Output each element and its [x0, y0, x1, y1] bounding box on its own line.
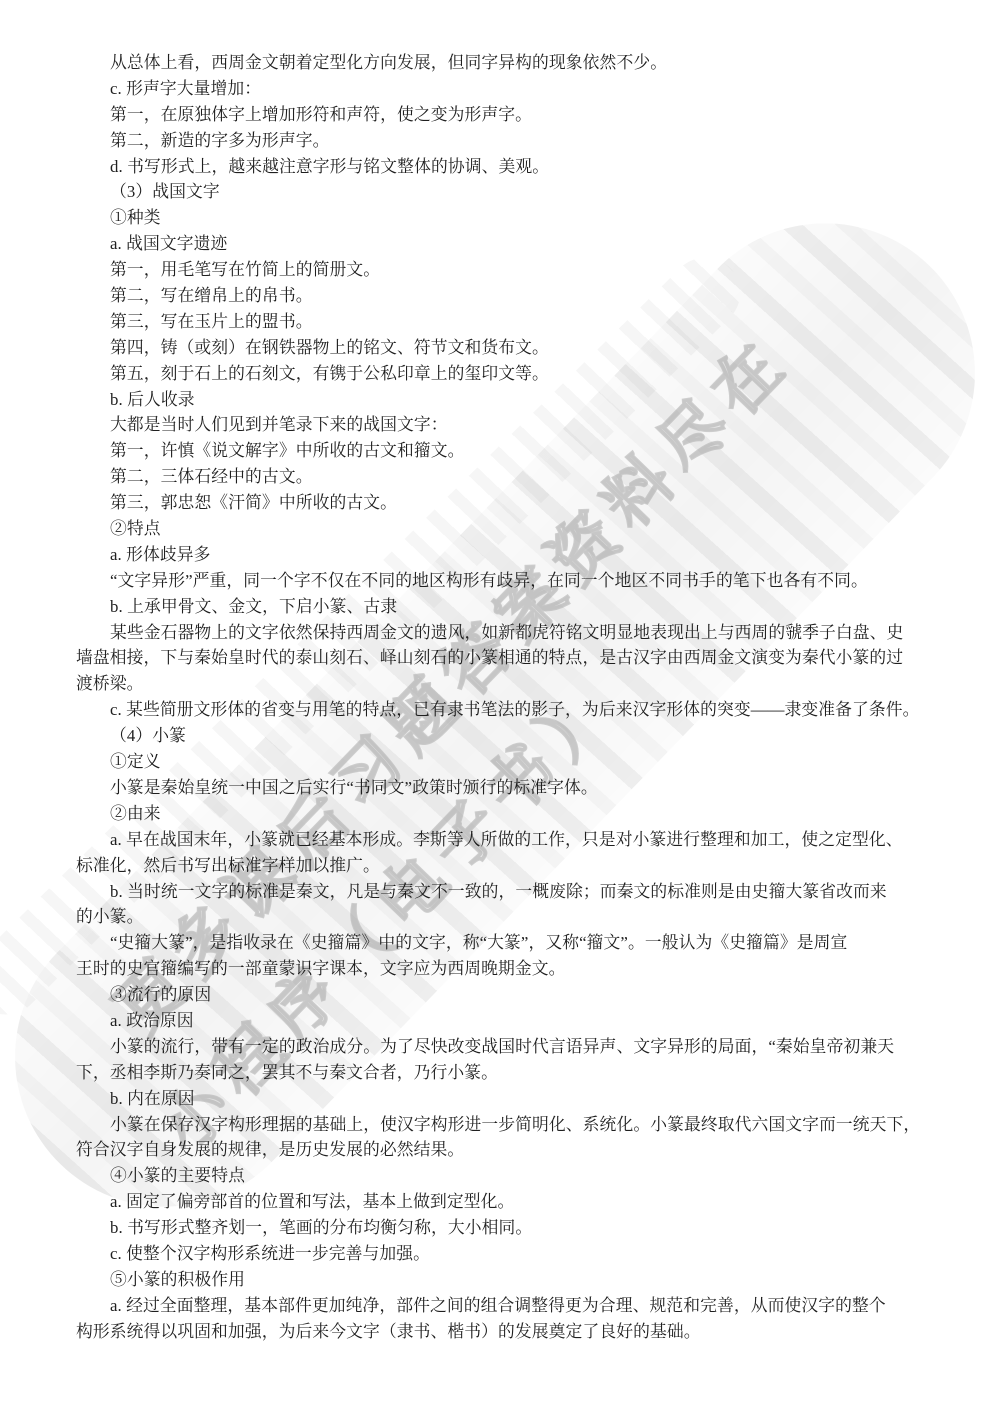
text-line: 第二，三体石经中的古文。 [76, 464, 946, 490]
text-line: 第三，郭忠恕《汗简》中所收的古文。 [76, 490, 946, 516]
text-line: 标准化，然后书写出标准字样加以推广。 [76, 853, 946, 879]
text-line: （4）小篆 [76, 723, 946, 749]
text-line: 某些金石器物上的文字依然保持西周金文的遗风，如新都虎符铭文明显地表现出上与西周的… [76, 620, 946, 646]
text-line: a. 经过全面整理，基本部件更加纯净，部件之间的组合调整得更为合理、规范和完善，… [76, 1293, 946, 1319]
text-line: b. 后人收录 [76, 387, 946, 413]
text-line: b. 内在原因 [76, 1086, 946, 1112]
text-line: 从总体上看，西周金文朝着定型化方向发展，但同字异构的现象依然不少。 [76, 50, 946, 76]
text-line: 第四，铸（或刻）在钢铁器物上的铭文、符节文和货布文。 [76, 335, 946, 361]
text-line: b. 上承甲骨文、金文，下启小篆、古隶 [76, 594, 946, 620]
text-line: 的小篆。 [76, 904, 946, 930]
text-line: 符合汉字自身发展的规律，是历史发展的必然结果。 [76, 1137, 946, 1163]
text-line: 小篆的流行，带有一定的政治成分。为了尽快改变战国时代言语异声、文字异形的局面，“… [76, 1034, 946, 1060]
text-line: a. 形体歧异多 [76, 542, 946, 568]
text-line: 墙盘相接，下与秦始皇时代的泰山刻石、峄山刻石的小篆相通的特点，是古汉字由西周金文… [76, 645, 946, 671]
text-line: 第三，写在玉片上的盟书。 [76, 309, 946, 335]
text-line: 第二，写在缯帛上的帛书。 [76, 283, 946, 309]
text-line: a. 早在战国末年，小篆就已经基本形成。李斯等人所做的工作，只是对小篆进行整理和… [76, 827, 946, 853]
text-line: 渡桥梁。 [76, 671, 946, 697]
text-line: c. 某些简册文形体的省变与用笔的特点，已有隶书笔法的影子，为后来汉字形体的突变… [76, 697, 946, 723]
text-line: ④小篆的主要特点 [76, 1163, 946, 1189]
text-line: 第一，许慎《说文解字》中所收的古文和籀文。 [76, 438, 946, 464]
text-line: 第五，刻于石上的石刻文，有镌于公私印章上的玺印文等。 [76, 361, 946, 387]
text-line: 第一，在原独体字上增加形符和声符，使之变为形声字。 [76, 102, 946, 128]
document-body: 从总体上看，西周金文朝着定型化方向发展，但同字异构的现象依然不少。c. 形声字大… [0, 0, 946, 1345]
text-line: ③流行的原因 [76, 982, 946, 1008]
text-line: b. 当时统一文字的标准是秦文，凡是与秦文不一致的，一概废除；而秦文的标准则是由… [76, 879, 946, 905]
text-line: d. 书写形式上，越来越注意字形与铭文整体的协调、美观。 [76, 154, 946, 180]
text-line: 下，丞相李斯乃奏同之，罢其不与秦文合者，乃行小篆。 [76, 1060, 946, 1086]
text-line: 第一，用毛笔写在竹简上的简册文。 [76, 257, 946, 283]
text-line: 小篆在保存汉字构形理据的基础上，使汉字构形进一步简明化、系统化。小篆最终取代六国… [76, 1112, 946, 1138]
text-line: ②特点 [76, 516, 946, 542]
text-line: a. 战国文字遗迹 [76, 231, 946, 257]
text-line: b. 书写形式整齐划一，笔画的分布均衡匀称，大小相同。 [76, 1215, 946, 1241]
text-line: c. 使整个汉字构形系统进一步完善与加强。 [76, 1241, 946, 1267]
text-line: ⑤小篆的积极作用 [76, 1267, 946, 1293]
text-line: a. 政治原因 [76, 1008, 946, 1034]
text-line: 大都是当时人们见到并笔录下来的战国文字： [76, 412, 946, 438]
text-line: a. 固定了偏旁部首的位置和写法，基本上做到定型化。 [76, 1189, 946, 1215]
text-line: ①定义 [76, 749, 946, 775]
text-line: c. 形声字大量增加： [76, 76, 946, 102]
text-line: “史籀大篆”，是指收录在《史籀篇》中的文字，称“大篆”，又称“籀文”。一般认为《… [76, 930, 946, 956]
text-line: ①种类 [76, 205, 946, 231]
text-line: “文字异形”严重，同一个字不仅在不同的地区构形有歧异，在同一个地区不同书手的笔下… [76, 568, 946, 594]
text-line: 构形系统得以巩固和加强，为后来今文字（隶书、楷书）的发展奠定了良好的基础。 [76, 1319, 946, 1345]
text-line: ②由来 [76, 801, 946, 827]
text-line: 小篆是秦始皇统一中国之后实行“书同文”政策时颁行的标准字体。 [76, 775, 946, 801]
text-line: （3）战国文字 [76, 179, 946, 205]
text-line: 第二，新造的字多为形声字。 [76, 128, 946, 154]
text-line: 王时的史官籀编写的一部童蒙识字课本，文字应为西周晚期金文。 [76, 956, 946, 982]
